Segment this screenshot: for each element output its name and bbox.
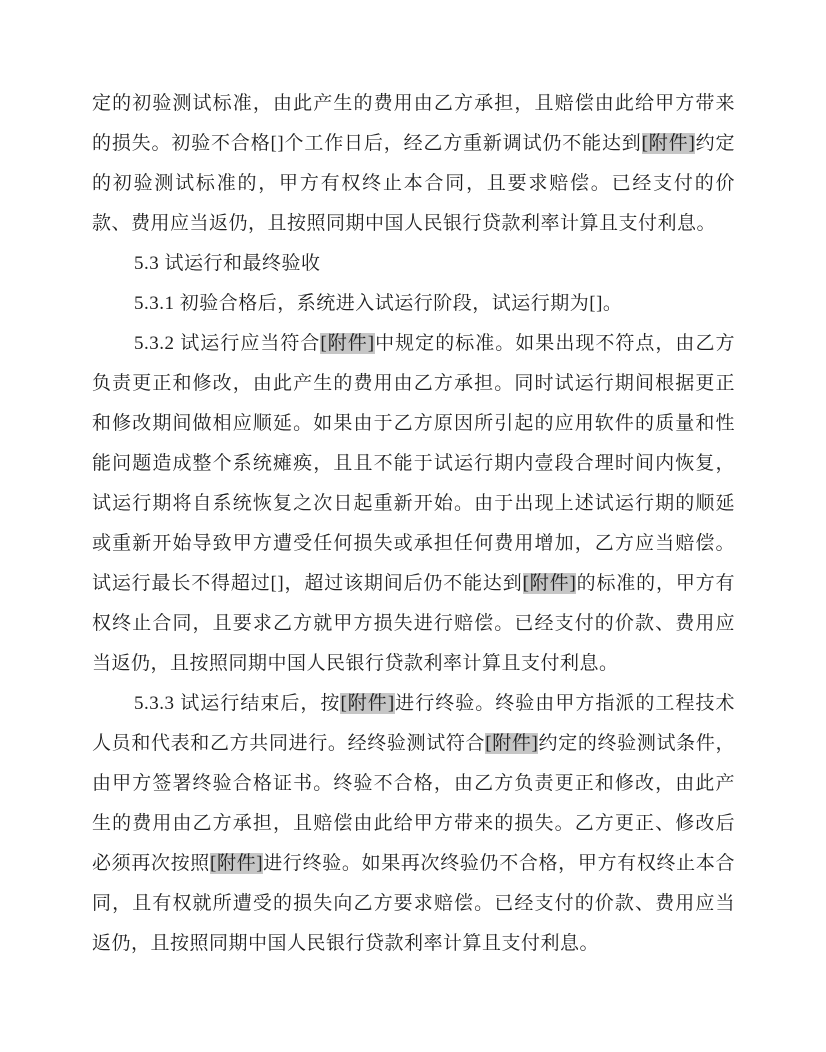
attachment-form-field[interactable]: [附件]: [523, 573, 577, 594]
text-run: 5.3.1 初验合格后，系统进入试运行阶段，试运行期为[]。: [134, 293, 622, 314]
attachment-form-field[interactable]: [附件]: [340, 693, 394, 714]
text-run: 5.3.3 试运行结束后，按: [134, 693, 340, 714]
paragraph: 5.3.3 试运行结束后，按[附件]进行终验。终验由甲方指派的工程技术人员和代表…: [92, 684, 735, 964]
text-run: 中规定的标准。如果出现不符点，由乙方负责更正和修改，由此产生的费用由乙方承担。同…: [92, 333, 735, 594]
attachment-form-field[interactable]: [附件]: [485, 733, 538, 754]
text-run: 定的初验测试标准，由此产生的费用由乙方承担，且赔偿由此给甲方带来的损失。初验不合…: [92, 93, 735, 154]
paragraph: 5.3.1 初验合格后，系统进入试运行阶段，试运行期为[]。: [92, 284, 735, 324]
document-page: 定的初验测试标准，由此产生的费用由乙方承担，且赔偿由此给甲方带来的损失。初验不合…: [0, 0, 826, 1052]
text-run: 5.3.2 试运行应当符合: [134, 333, 320, 354]
paragraph: 5.3 试运行和最终验收: [92, 244, 735, 284]
attachment-form-field[interactable]: [附件]: [210, 853, 263, 874]
attachment-form-field[interactable]: [附件]: [320, 333, 374, 354]
paragraph: 定的初验测试标准，由此产生的费用由乙方承担，且赔偿由此给甲方带来的损失。初验不合…: [92, 84, 735, 244]
text-run: 5.3 试运行和最终验收: [134, 253, 321, 274]
attachment-form-field[interactable]: [附件]: [642, 133, 696, 154]
document-body: 定的初验测试标准，由此产生的费用由乙方承担，且赔偿由此给甲方带来的损失。初验不合…: [92, 84, 735, 964]
paragraph: 5.3.2 试运行应当符合[附件]中规定的标准。如果出现不符点，由乙方负责更正和…: [92, 324, 735, 684]
